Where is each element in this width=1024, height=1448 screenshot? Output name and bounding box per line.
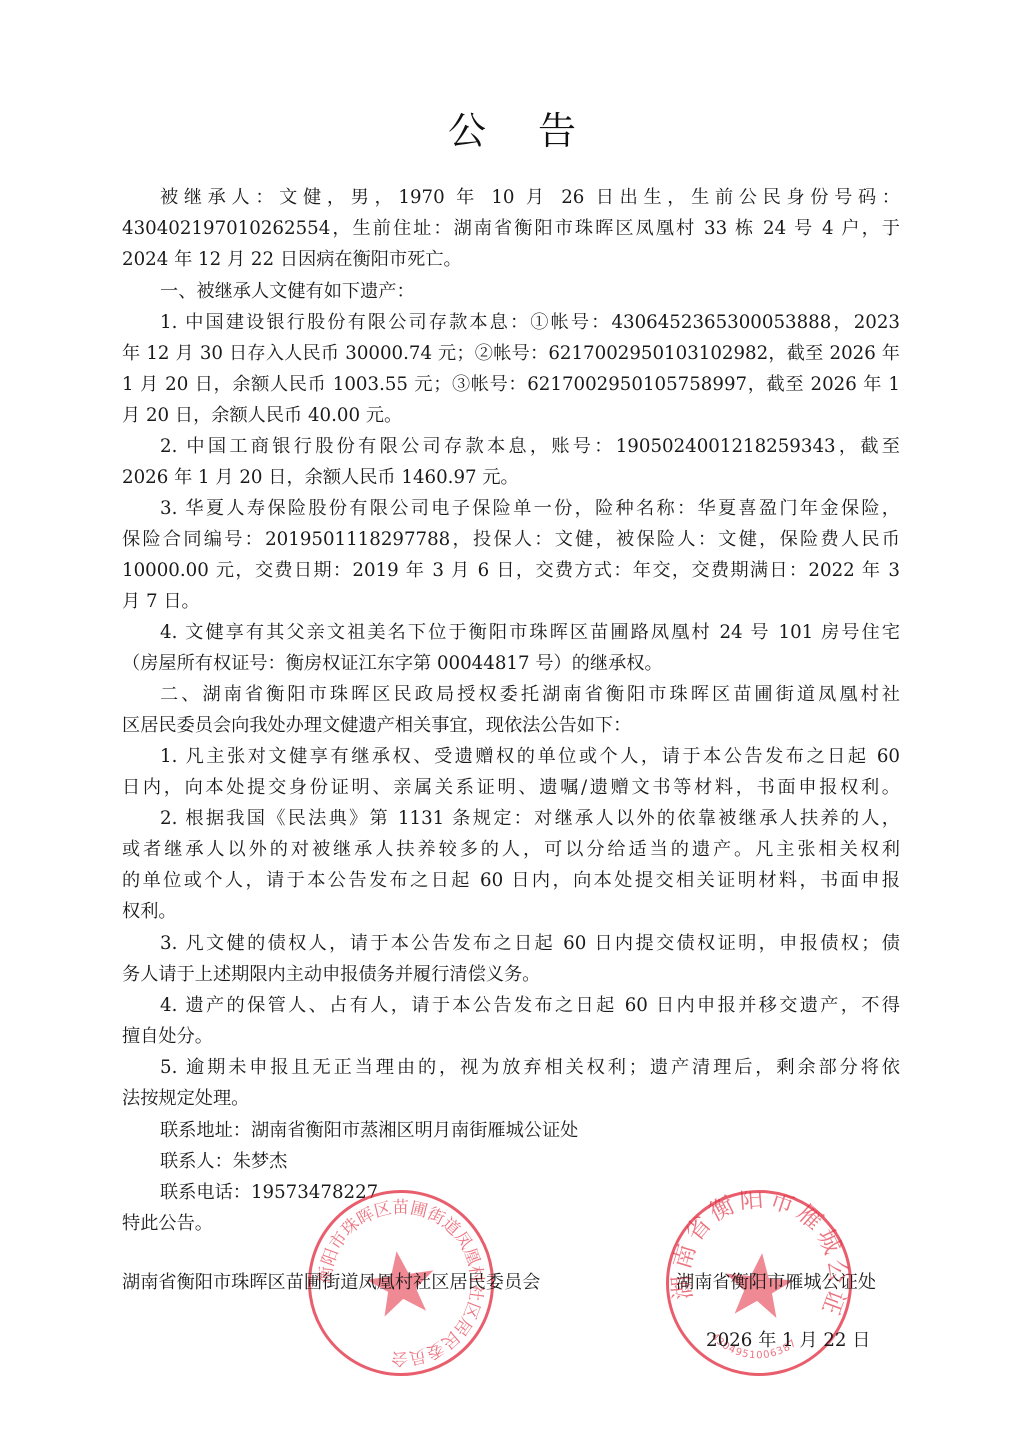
text-line: 430402197010262554，生前住址：湖南省衡阳市珠晖区凤凰村 33 … — [122, 214, 900, 244]
contact-person: 联系人：朱梦杰 — [160, 1147, 760, 1177]
text-line: 或者继承人以外的对被继承人扶养较多的人，可以分给适当的遗产。凡主张相关权利 — [122, 835, 900, 865]
text-line: 1. 中国建设银行股份有限公司存款本息：①帐号：4306452365300053… — [160, 308, 900, 338]
text-line: 2. 中国工商银行股份有限公司存款本息，账号：19050240012182593… — [160, 432, 900, 462]
text-line: 区居民委员会向我处办理文健遗产相关事宜，现依法公告如下： — [122, 711, 900, 741]
text-line: 4. 遗产的保管人、占有人，请于本公告发布之日起 60 日内申报并移交遗产，不得 — [160, 991, 900, 1021]
left-signatory: 湖南省衡阳市珠晖区苗圃街道凤凰村社区居民委员会 — [122, 1268, 540, 1298]
text-line: 日内，向本处提交身份证明、亲属关系证明、遗嘱/遗赠文书等材料，书面申报权利。 — [122, 773, 900, 803]
text-line: 4. 文健享有其父亲文祖美名下位于衡阳市珠晖区苗圃路凤凰村 24 号 101 房… — [160, 618, 900, 648]
text-line: 月 20 日，余额人民币 40.00 元。 — [122, 401, 900, 431]
text-line: 10000.00 元，交费日期：2019 年 3 月 6 日，交费方式：年交，交… — [122, 556, 900, 586]
text-line: 3. 华夏人寿保险股份有限公司电子保险单一份，险种名称：华夏喜盈门年金保险， — [160, 494, 900, 524]
text-line: 保险合同编号：2019501118297788，投保人：文健，被保险人：文健，保… — [122, 525, 900, 555]
text-line: 权利。 — [122, 897, 900, 927]
text-line: 月 7 日。 — [122, 587, 900, 617]
text-line: 的单位或个人，请于本公告发布之日起 60 日内，向本处提交相关证明材料，书面申报 — [122, 866, 900, 896]
text-line: 1 月 20 日，余额人民币 1003.55 元；③帐号：62170029501… — [122, 370, 900, 400]
page-title: 公告 — [0, 100, 1024, 155]
text-line: （房屋所有权证号：衡房权证江东字第 00044817 号）的继承权。 — [122, 649, 900, 679]
text-line: 务人请于上述期限内主动申报债务并履行清偿义务。 — [122, 960, 900, 990]
text-line: 被继承人：文健，男，1970 年 10 月 26 日出生，生前公民身份号码： — [160, 183, 900, 213]
text-line: 2. 根据我国《民法典》第 1131 条规定：对继承人以外的依靠被继承人扶养的人… — [160, 804, 900, 834]
issue-date: 2026 年 1 月 22 日 — [706, 1326, 870, 1356]
notice-page: 公告 被继承人：文健，男，1970 年 10 月 26 日出生，生前公民身份号码… — [0, 0, 1024, 1448]
contact-address: 联系地址：湖南省衡阳市蒸湘区明月南街雁城公证处 — [160, 1116, 760, 1146]
section-heading: 二、湖南省衡阳市珠晖区民政局授权委托湖南省衡阳市珠晖区苗圃街道凤凰村社 — [160, 680, 900, 710]
text-line: 2024 年 12 月 22 日因病在衡阳市死亡。 — [122, 245, 900, 275]
text-line: 1. 凡主张对文健享有继承权、受遗赠权的单位或个人，请于本公告发布之日起 60 — [160, 742, 900, 772]
text-line: 2026 年 1 月 20 日，余额人民币 1460.97 元。 — [122, 463, 900, 493]
text-line: 年 12 月 30 日存入人民币 30000.74 元；②帐号：62170029… — [122, 339, 900, 369]
right-signatory: 湖南省衡阳市雁城公证处 — [676, 1268, 876, 1298]
text-line: 擅自处分。 — [122, 1022, 900, 1052]
section-heading: 一、被继承人文健有如下遗产： — [160, 277, 900, 307]
text-line: 5. 逾期未申报且无正当理由的，视为放弃相关权利；遗产清理后，剩余部分将依 — [160, 1053, 900, 1083]
text-line: 3. 凡文健的债权人，请于本公告发布之日起 60 日内提交债权证明，申报债权；债 — [160, 929, 900, 959]
text-line: 法按规定处理。 — [122, 1084, 900, 1114]
